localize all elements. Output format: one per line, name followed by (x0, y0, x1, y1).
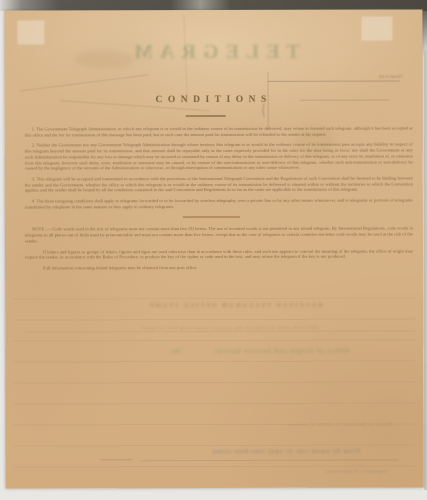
condition-paragraph-1: 1. The Government Telegraph Administrati… (25, 125, 413, 137)
scanned-telegram-back: TELEGRAM Charges to pay { CONDITIONS 1. … (0, 0, 427, 500)
conditions-body: 1. The Government Telegraph Administrati… (25, 125, 413, 276)
bleedthrough-row-enquiry: This form must accompany any enquiry res… (90, 325, 318, 331)
bleedthrough-line (101, 459, 133, 460)
condition-paragraph-2: 2. Neither the Government nor any Govern… (25, 142, 413, 172)
bleedthrough-stamp-green-short: No. (150, 348, 180, 355)
note-paragraph: NOTE :— Code words used in the text of t… (25, 226, 413, 244)
bleedthrough-row-received: RECEIVED TELEGRAM OFFICE STAMP (110, 303, 322, 310)
heading-underline-rule (186, 115, 226, 117)
condition-paragraph-4: 4. The three foregoing conditions shall … (25, 198, 413, 210)
conditions-heading: CONDITIONS (5, 94, 423, 105)
tape-residue-top-right (361, 17, 392, 41)
telegram-form-back-page: TELEGRAM Charges to pay { CONDITIONS 1. … (4, 9, 423, 488)
section-divider-rule (183, 216, 240, 218)
bleedthrough-row-delivery: Hours of delivery at office of address (175, 422, 391, 428)
condition-paragraph-3: 3. This telegram will be accepted and tr… (25, 175, 413, 193)
cipher-paragraph: If letters and figures or groups of lett… (25, 248, 413, 260)
bleedthrough-stamp-green-long: Office of Origin and Service Instruction… (215, 348, 349, 355)
footer-information-line: Full information concerning inland teleg… (25, 264, 413, 271)
bleedthrough-table-line (268, 81, 400, 82)
bleedthrough-row-blue: From By whom sent At what time Date stam… (146, 449, 360, 456)
paper-crease (20, 74, 149, 91)
bleedthrough-masthead-text: TELEGRAM (4, 40, 422, 64)
bleedthrough-row-signature: Signature of addressee (264, 469, 388, 474)
bleedthrough-table-caption: Charges to pay (353, 74, 403, 79)
